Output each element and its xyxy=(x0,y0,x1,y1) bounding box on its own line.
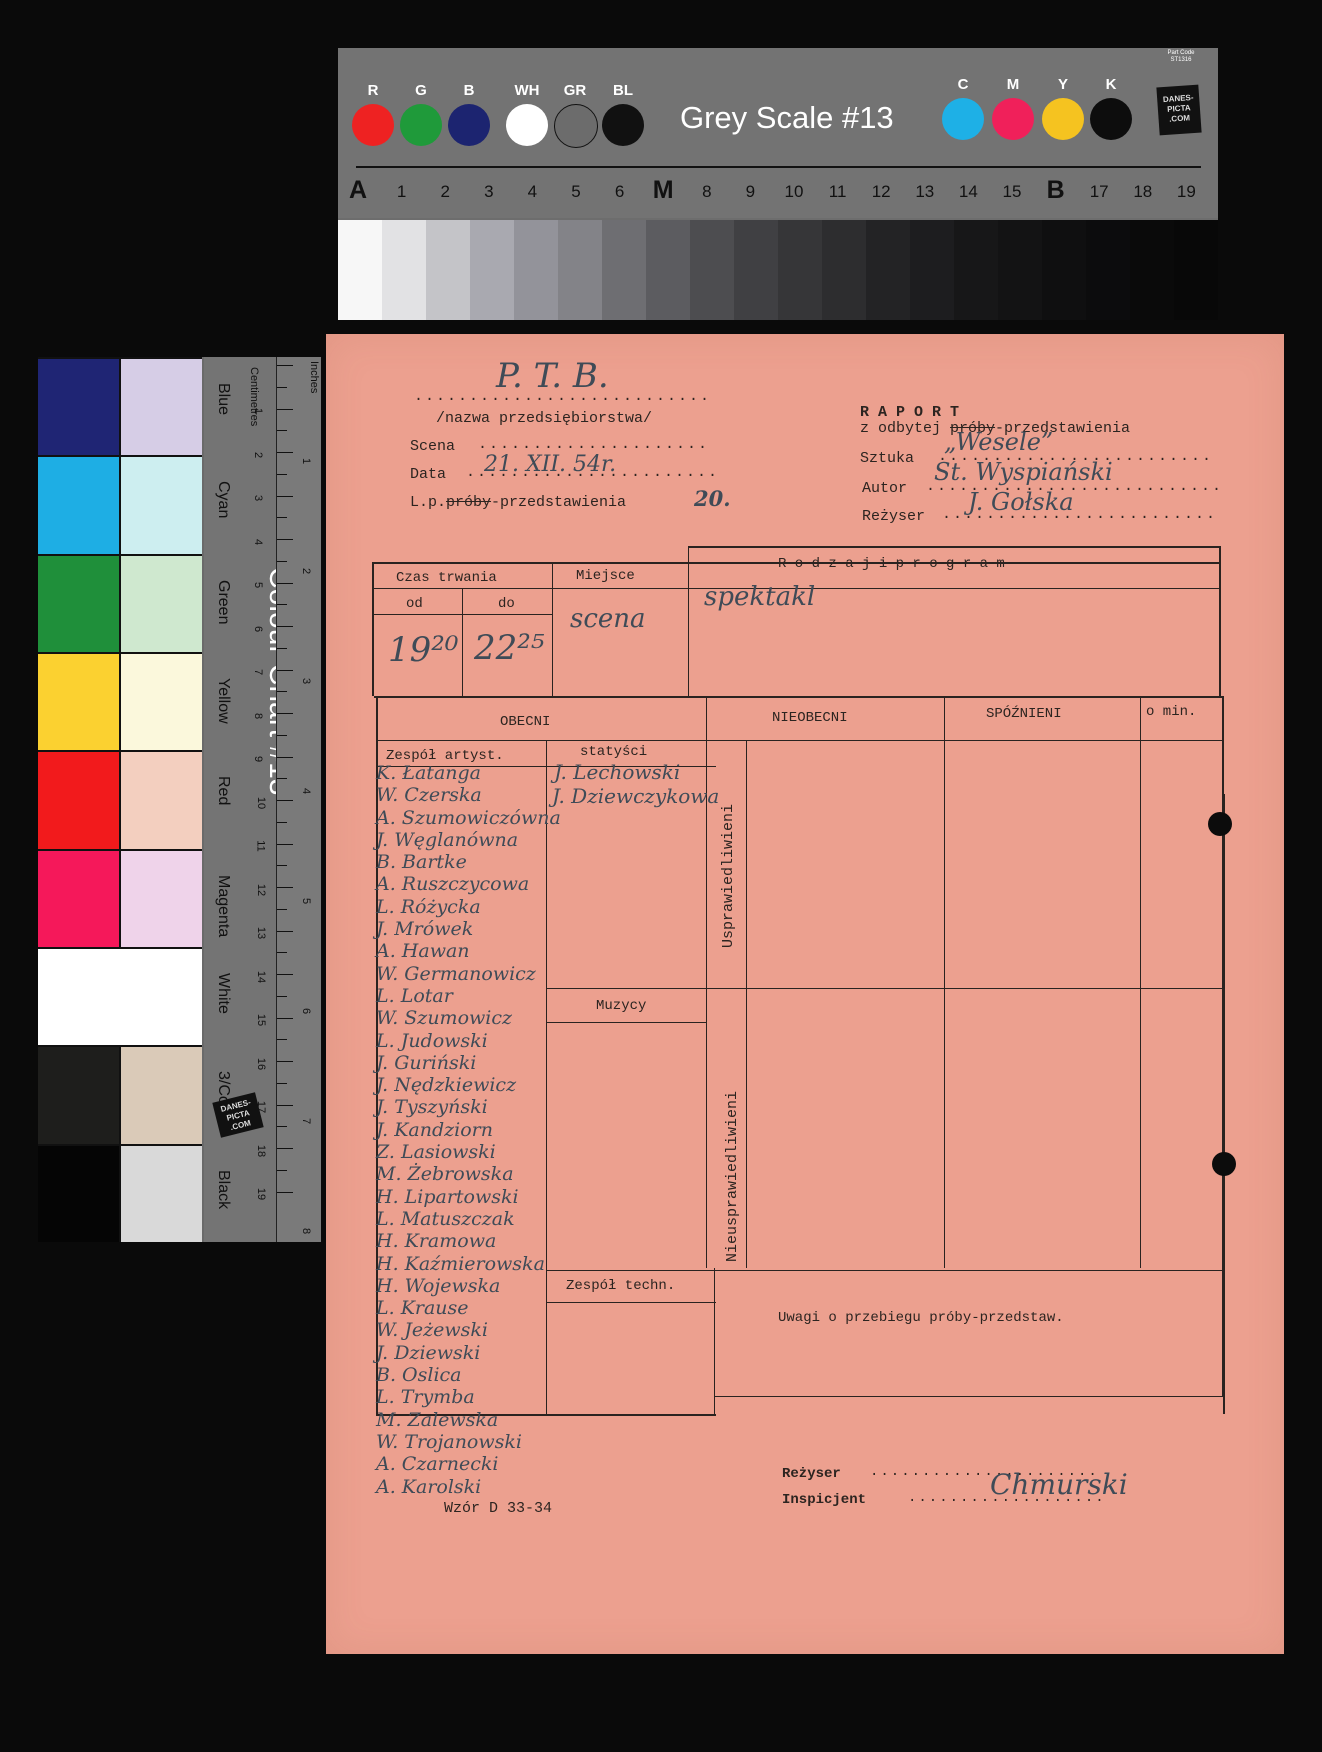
inch-tick-label: 8 xyxy=(300,1228,312,1234)
patch-row-white xyxy=(38,947,202,1045)
artist-name: A. Czarnecki xyxy=(376,1453,546,1475)
artist-name: B. Bartke xyxy=(376,851,546,873)
artist-name: W. Szumowicz xyxy=(376,1007,546,1029)
lp-struck: próby xyxy=(446,494,491,511)
scena-label: Scena xyxy=(410,438,455,455)
grey-scale-card: Part Code ST1316 RGBWHGRBLCMYK Grey Scal… xyxy=(338,48,1218,320)
patch xyxy=(119,359,202,455)
statysci-name: J. Lechowski xyxy=(554,760,680,784)
patch xyxy=(38,1047,119,1143)
artist-name: W. Czerska xyxy=(376,784,546,806)
step-label: 1 xyxy=(382,182,422,202)
cm-tick-label: 13 xyxy=(255,927,267,939)
swatch-b xyxy=(448,104,490,146)
company-caption: /nazwa przedsiębiorstwa/ xyxy=(436,410,652,427)
patch-label: Cyan xyxy=(214,481,232,518)
statysci-name: J. Dziewczykowa xyxy=(552,784,719,808)
swatch-label: B xyxy=(448,82,490,99)
swatch-label: M xyxy=(992,76,1034,93)
artist-name: J. Dziewski xyxy=(376,1342,546,1364)
cm-tick-label: 12 xyxy=(255,883,267,895)
swatch-label: GR xyxy=(554,82,596,99)
artist-name: L. Krause xyxy=(376,1297,546,1319)
patch-label: Blue xyxy=(214,383,232,415)
artist-name: A. Szumowiczówna xyxy=(376,807,546,829)
patch xyxy=(119,752,202,848)
patch-row-black xyxy=(38,1144,202,1242)
patch-label: Yellow xyxy=(214,678,232,724)
step-label: 12 xyxy=(861,182,901,202)
od-header: od xyxy=(406,596,423,612)
patch xyxy=(38,949,202,1045)
lp-prefix: L.p. xyxy=(410,494,446,511)
sztuka-label: Sztuka xyxy=(860,450,914,467)
cm-tick-label: 2 xyxy=(252,451,264,457)
centimetres-label: Centimetres xyxy=(248,367,260,426)
patch xyxy=(119,1047,202,1143)
artist-name: J. Węglanówna xyxy=(376,829,546,851)
swatch-bl xyxy=(602,104,644,146)
lp-value: 20. xyxy=(694,486,731,511)
czas-trwania-header: Czas trwania xyxy=(396,570,497,586)
statysci-header: statyści xyxy=(580,744,647,760)
inch-tick-label: 3 xyxy=(300,678,312,684)
part-code-value: ST1316 xyxy=(1146,57,1216,64)
colour-patches xyxy=(38,357,202,1242)
patch xyxy=(119,556,202,652)
swatch-label: R xyxy=(352,82,394,99)
patch-label: White xyxy=(214,973,232,1014)
step-label: M xyxy=(643,176,683,205)
artist-name: J. Kandziorn xyxy=(376,1119,546,1141)
rezyser-label: Reżyser xyxy=(862,508,925,525)
step-label: 14 xyxy=(948,182,988,202)
nieusprawiedliwieni-label: Nieusprawiedliwieni xyxy=(724,1091,741,1262)
step-label: 3 xyxy=(469,182,509,202)
part-code: Part Code ST1316 xyxy=(1146,50,1216,64)
rodzaj-program-header: R o d z a j i p r o g r a m xyxy=(778,556,1005,572)
artist-name: J. Nędzkiewicz xyxy=(376,1074,546,1096)
usprawiedliwieni-label: Usprawiedliwieni xyxy=(720,804,737,948)
zespol-artyst-list: K. ŁatangaW. CzerskaA. SzumowiczównaJ. W… xyxy=(376,762,546,1498)
artist-name: L. Trymba xyxy=(376,1386,546,1408)
patch xyxy=(38,1146,119,1242)
artist-name: J. Tyszyński xyxy=(376,1096,546,1118)
grey-step xyxy=(382,220,426,320)
uwagi-header: Uwagi o przebiegu próby-przedstaw. xyxy=(778,1310,1064,1326)
patch-row-red xyxy=(38,750,202,848)
grey-step xyxy=(514,220,558,320)
step-label: 10 xyxy=(774,182,814,202)
patch xyxy=(38,752,119,848)
patch xyxy=(38,654,119,750)
swatch-label: K xyxy=(1090,76,1132,93)
grey-step xyxy=(998,220,1042,320)
cm-tick-label: 3 xyxy=(252,495,264,501)
data-label: Data xyxy=(410,466,446,483)
inch-tick-label: 6 xyxy=(300,1008,312,1014)
patch-row-yellow xyxy=(38,652,202,750)
patch xyxy=(38,556,119,652)
footer-inspicjent-label: Inspicjent xyxy=(782,1492,866,1508)
cm-tick-label: 6 xyxy=(252,625,264,631)
step-label: B xyxy=(1036,176,1076,205)
colour-chart-card: BlueCyanGreenYellowRedMagentaWhite3/Colo… xyxy=(38,357,320,1242)
step-label: 13 xyxy=(905,182,945,202)
autor-label: Autor xyxy=(862,480,907,497)
patch xyxy=(119,851,202,947)
swatch-y xyxy=(1042,98,1084,140)
grey-step xyxy=(690,220,734,320)
part-code-label: Part Code xyxy=(1146,50,1216,57)
step-label: 2 xyxy=(425,182,465,202)
artist-name: H. Kaźmierowska xyxy=(376,1253,546,1275)
step-label: 17 xyxy=(1079,182,1119,202)
inch-tick-label: 7 xyxy=(300,1118,312,1124)
artist-name: L. Lotar xyxy=(376,985,546,1007)
patch-label: Red xyxy=(214,776,232,805)
swatch-label: C xyxy=(942,76,984,93)
rezyser-value: J. Gołska xyxy=(968,488,1074,516)
step-label: 15 xyxy=(992,182,1032,202)
grey-step xyxy=(426,220,470,320)
patch xyxy=(119,457,202,553)
artist-name: A. Karolski xyxy=(376,1476,546,1498)
patch-row-magenta xyxy=(38,849,202,947)
swatch-c xyxy=(942,98,984,140)
grey-steps xyxy=(338,220,1218,320)
artist-name: Z. Lasiowski xyxy=(376,1141,546,1163)
inches-label: Inches xyxy=(308,361,320,393)
report-subtitle-prefix: z odbytej xyxy=(860,420,950,437)
swatch-label: G xyxy=(400,82,442,99)
patch xyxy=(38,457,119,553)
grey-step xyxy=(646,220,690,320)
artist-name: H. Lipartowski xyxy=(376,1186,546,1208)
step-label: 9 xyxy=(730,182,770,202)
grey-step xyxy=(1174,220,1218,320)
punch-hole xyxy=(1208,812,1232,836)
nieobecni-header: NIEOBECNI xyxy=(772,710,848,726)
inch-tick-label: 2 xyxy=(300,568,312,574)
step-label: 11 xyxy=(818,182,858,202)
obecni-header: OBECNI xyxy=(500,714,550,730)
artist-name: M. Żebrowska xyxy=(376,1163,546,1185)
patch-row-green xyxy=(38,554,202,652)
step-label: 4 xyxy=(512,182,552,202)
artist-name: J. Mrówek xyxy=(376,918,546,940)
cm-tick-label: 11 xyxy=(255,840,267,851)
date-value: 21. XII. 54r. xyxy=(484,452,616,477)
grey-step xyxy=(734,220,778,320)
artist-name: W. Jeżewski xyxy=(376,1319,546,1341)
artist-name: H. Wojewska xyxy=(376,1275,546,1297)
time-to-value: 22²⁵ xyxy=(474,628,545,668)
lp-label: L.p.próby-przedstawienia xyxy=(410,494,626,511)
autor-value: St. Wyspiański xyxy=(934,458,1113,486)
grey-step xyxy=(1130,220,1174,320)
swatch-label: Y xyxy=(1042,76,1084,93)
step-label: A xyxy=(338,176,378,205)
patch-label: Magenta xyxy=(214,875,232,937)
swatch-g xyxy=(400,104,442,146)
time-from-value: 19²⁰ xyxy=(388,630,459,670)
patch-row-3/color xyxy=(38,1045,202,1143)
artist-name: J. Guriński xyxy=(376,1052,546,1074)
artist-name: K. Łatanga xyxy=(376,762,546,784)
artist-name: L. Matuszczak xyxy=(376,1208,546,1230)
sztuka-value: „Wesele” xyxy=(944,428,1053,456)
footer-rezyser-label: Reżyser xyxy=(782,1466,841,1482)
cm-tick-label: 14 xyxy=(255,970,267,982)
step-label: 5 xyxy=(556,182,596,202)
inch-tick-label: 4 xyxy=(300,788,312,794)
dotted-line: ........................... xyxy=(414,388,711,405)
patch-label: Green xyxy=(214,580,232,624)
cm-tick-label: 8 xyxy=(252,712,264,718)
patch xyxy=(38,851,119,947)
cm-tick-label: 16 xyxy=(255,1057,267,1069)
artist-name: W. Germanowicz xyxy=(376,963,546,985)
swatch-gr xyxy=(554,104,598,148)
divider xyxy=(356,166,1201,168)
cm-tick-label: 10 xyxy=(255,796,267,808)
o-min-header: o min. xyxy=(1146,704,1196,720)
muzycy-header: Muzycy xyxy=(596,998,646,1014)
spoznieni-header: SPÓŹNIENI xyxy=(986,706,1062,722)
step-label: 19 xyxy=(1166,182,1206,202)
place-value: scena xyxy=(570,604,646,634)
artist-name: H. Kramowa xyxy=(376,1230,546,1252)
cm-tick-label: 18 xyxy=(255,1144,267,1156)
artist-name: W. Trojanowski xyxy=(376,1431,546,1453)
patch xyxy=(119,1146,202,1242)
report-title: R A P O R T xyxy=(860,404,959,421)
grey-step xyxy=(602,220,646,320)
program-value: spektakl xyxy=(704,582,815,612)
lp-suffix: -przedstawienia xyxy=(491,494,626,511)
grey-step xyxy=(1086,220,1130,320)
grey-step xyxy=(778,220,822,320)
miejsce-header: Miejsce xyxy=(576,568,635,584)
swatch-m xyxy=(992,98,1034,140)
cm-tick-label: 9 xyxy=(252,756,264,762)
grey-scale-title: Grey Scale #13 xyxy=(680,100,894,136)
inspicjent-signature: Chmurski xyxy=(990,1468,1128,1501)
grey-step xyxy=(470,220,514,320)
cm-tick-label: 7 xyxy=(252,669,264,675)
rehearsal-report-form: P. T. B. ........................... /na… xyxy=(326,334,1284,1654)
patch-label: Black xyxy=(214,1170,232,1209)
artist-name: A. Ruszczycowa xyxy=(376,873,546,895)
grey-step xyxy=(558,220,602,320)
step-label: 8 xyxy=(687,182,727,202)
inch-tick-label: 1 xyxy=(300,458,312,464)
artist-name: M. Zalewska xyxy=(376,1409,546,1431)
grey-step xyxy=(822,220,866,320)
form-template-number: Wzór D 33-34 xyxy=(444,1500,552,1517)
grey-step xyxy=(954,220,998,320)
ruler: 1234567891011121314151617181912345678 xyxy=(276,357,321,1242)
grey-step xyxy=(866,220,910,320)
artist-name: L. Różycka xyxy=(376,896,546,918)
swatch-k xyxy=(1090,98,1132,140)
do-header: do xyxy=(498,596,515,612)
patch-row-blue xyxy=(38,357,202,455)
grey-step xyxy=(338,220,382,320)
artist-name: B. Oslica xyxy=(376,1364,546,1386)
swatch-label: WH xyxy=(506,82,548,99)
artist-name: L. Judowski xyxy=(376,1030,546,1052)
patch xyxy=(38,359,119,455)
cm-tick-label: 4 xyxy=(252,538,264,544)
cm-tick-label: 15 xyxy=(255,1014,267,1026)
danes-picta-logo: DANES-PICTA .COM xyxy=(1156,85,1201,136)
grey-step xyxy=(1042,220,1086,320)
step-label: 6 xyxy=(600,182,640,202)
cm-tick-label: 19 xyxy=(255,1188,267,1200)
grey-step xyxy=(910,220,954,320)
inch-tick-label: 5 xyxy=(300,898,312,904)
zespol-techn-header: Zespół techn. xyxy=(566,1278,675,1294)
patch xyxy=(119,654,202,750)
dotted-line: ..................... xyxy=(478,436,709,453)
punch-hole xyxy=(1212,1152,1236,1176)
swatch-r xyxy=(352,104,394,146)
artist-name: A. Hawan xyxy=(376,940,546,962)
patch-row-cyan xyxy=(38,455,202,553)
cm-tick-label: 5 xyxy=(252,582,264,588)
step-label: 18 xyxy=(1123,182,1163,202)
swatch-label: BL xyxy=(602,82,644,99)
swatch-wh xyxy=(506,104,548,146)
